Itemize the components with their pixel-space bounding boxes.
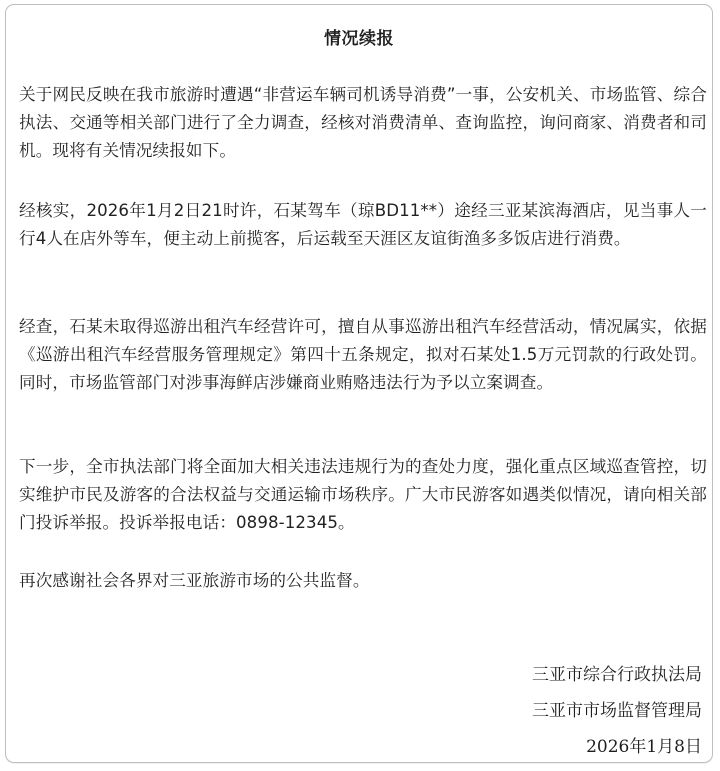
signature-block: 三亚市综合行政执法局 三亚市市场监督管理局 2026年1月8日: [532, 657, 702, 765]
paragraph-next-steps: 下一步，全市执法部门将全面加大相关违法违规行为的查处力度，强化重点区域巡查管控，…: [19, 453, 707, 537]
notice-title: 情况续报: [6, 25, 712, 53]
paragraph-thanks: 再次感谢社会各界对三亚旅游市场的公共监督。: [19, 567, 707, 595]
issuer-market-supervision-bureau: 三亚市市场监督管理局: [532, 693, 702, 729]
issue-date: 2026年1月8日: [532, 729, 702, 765]
notice-card: 情况续报 关于网民反映在我市旅游时遭遇“非营运车辆司机诱导消费”一事，公安机关、…: [5, 4, 713, 763]
paragraph-verification: 经核实，2026年1月2日21时许，石某驾车（琼BD11**）途经三亚某滨海酒店…: [19, 197, 707, 253]
issuer-enforcement-bureau: 三亚市综合行政执法局: [532, 657, 702, 693]
paragraph-intro: 关于网民反映在我市旅游时遭遇“非营运车辆司机诱导消费”一事，公安机关、市场监管、…: [19, 81, 707, 165]
paragraph-investigation: 经查，石某未取得巡游出租汽车经营许可，擅自从事巡游出租汽车经营活动，情况属实，依…: [19, 313, 707, 397]
